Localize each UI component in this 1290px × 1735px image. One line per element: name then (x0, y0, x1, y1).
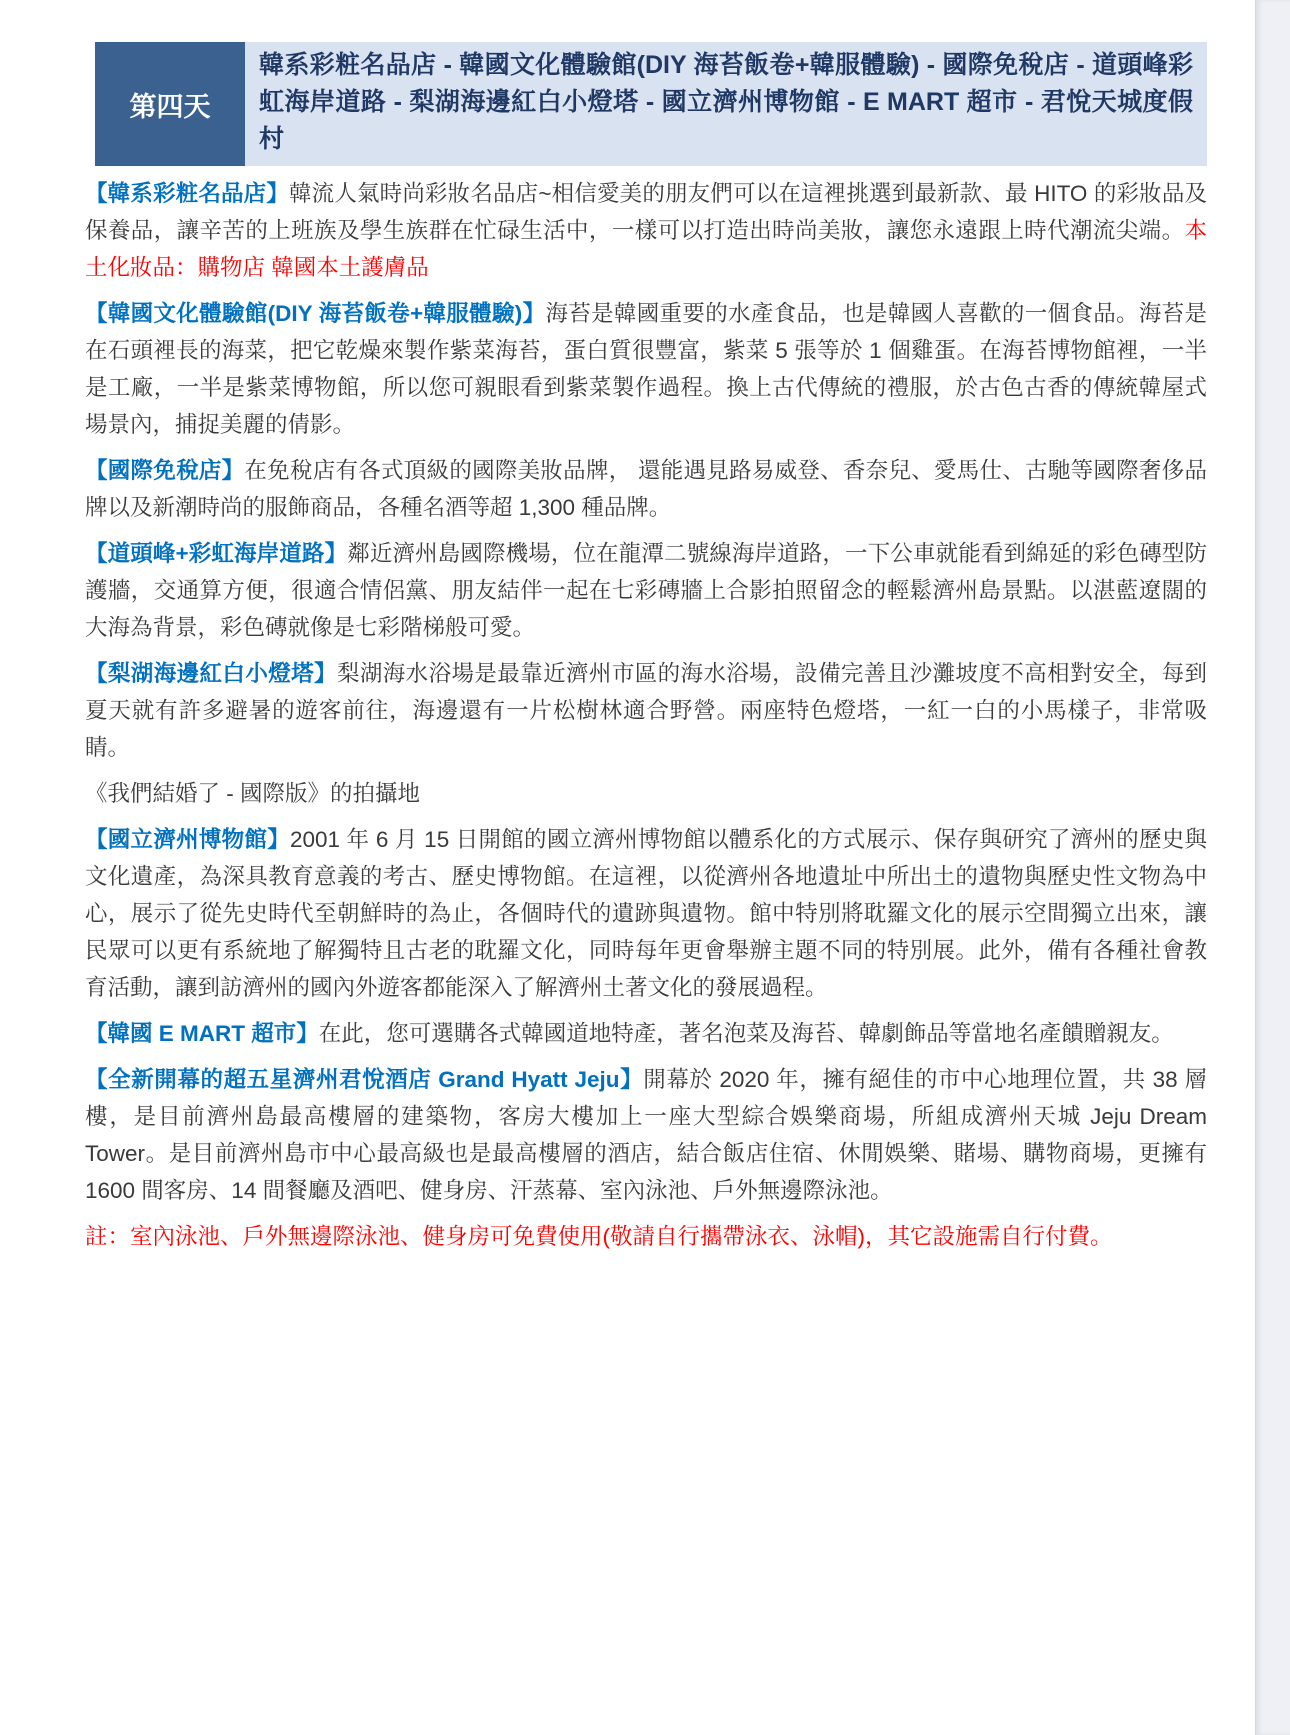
section-heading: 【全新開幕的超五星濟州君悅酒店 Grand Hyatt Jeju】 (85, 1067, 643, 1092)
itinerary-paragraph: 【國際免稅店】在免稅店有各式頂級的國際美妝品牌， 還能遇見路易威登、香奈兒、愛馬… (85, 452, 1207, 526)
section-heading: 【韓國 E MART 超市】 (85, 1021, 319, 1046)
section-heading: 【道頭峰+彩虹海岸道路】 (85, 541, 347, 566)
itinerary-paragraph: 【全新開幕的超五星濟州君悅酒店 Grand Hyatt Jeju】開幕於 202… (85, 1061, 1207, 1209)
section-red-note: 註：室內泳池、戶外無邊際泳池、健身房可免費使用(敬請自行攜帶泳衣、泳帽)，其它設… (85, 1224, 1113, 1249)
viewer-background-edge (1255, 0, 1290, 1735)
day-label: 第四天 (95, 42, 245, 166)
section-body: 在免稅店有各式頂級的國際美妝品牌， 還能遇見路易威登、香奈兒、愛馬仕、古馳等國際… (85, 458, 1207, 520)
section-heading: 【韓系彩粧名品店】 (85, 181, 289, 206)
itinerary-paragraph: 【國立濟州博物館】2001 年 6 月 15 日開館的國立濟州博物館以體系化的方… (85, 821, 1207, 1006)
section-body: 在此，您可選購各式韓國道地特產，著名泡菜及海苔、韓劇飾品等當地名產饋贈親友。 (319, 1021, 1174, 1046)
itinerary-page: 第四天 韓系彩粧名品店 - 韓國文化體驗館(DIY 海苔飯卷+韓服體驗) - 國… (85, 42, 1207, 1255)
day-title: 韓系彩粧名品店 - 韓國文化體驗館(DIY 海苔飯卷+韓服體驗) - 國際免稅店… (245, 42, 1207, 166)
itinerary-paragraph: 【韓國 E MART 超市】在此，您可選購各式韓國道地特產，著名泡菜及海苔、韓劇… (85, 1015, 1207, 1052)
section-heading: 【國際免稅店】 (85, 458, 244, 483)
itinerary-paragraph: 【韓系彩粧名品店】韓流人氣時尚彩妝名品店~相信愛美的朋友們可以在這裡挑選到最新款… (85, 175, 1207, 286)
section-body: 2001 年 6 月 15 日開館的國立濟州博物館以體系化的方式展示、保存與研究… (85, 827, 1207, 1000)
section-heading: 【國立濟州博物館】 (85, 827, 290, 852)
filming-location-line: 《我們結婚了 - 國際版》的拍攝地 (85, 775, 1207, 812)
section-heading: 【韓國文化體驗館(DIY 海苔飯卷+韓服體驗)】 (85, 301, 545, 326)
section-body: 《我們結婚了 - 國際版》的拍攝地 (85, 781, 420, 806)
itinerary-paragraph: 【韓國文化體驗館(DIY 海苔飯卷+韓服體驗)】海苔是韓國重要的水產食品，也是韓… (85, 295, 1207, 443)
itinerary-paragraph: 【梨湖海邊紅白小燈塔】梨湖海水浴場是最靠近濟州市區的海水浴場，設備完善且沙灘坡度… (85, 655, 1207, 766)
day-header: 第四天 韓系彩粧名品店 - 韓國文化體驗館(DIY 海苔飯卷+韓服體驗) - 國… (95, 42, 1207, 166)
itinerary-paragraph: 【道頭峰+彩虹海岸道路】鄰近濟州島國際機場，位在龍潭二號線海岸道路，一下公車就能… (85, 535, 1207, 646)
free-facilities-note: 註：室內泳池、戶外無邊際泳池、健身房可免費使用(敬請自行攜帶泳衣、泳帽)，其它設… (85, 1218, 1207, 1255)
section-heading: 【梨湖海邊紅白小燈塔】 (85, 661, 337, 686)
